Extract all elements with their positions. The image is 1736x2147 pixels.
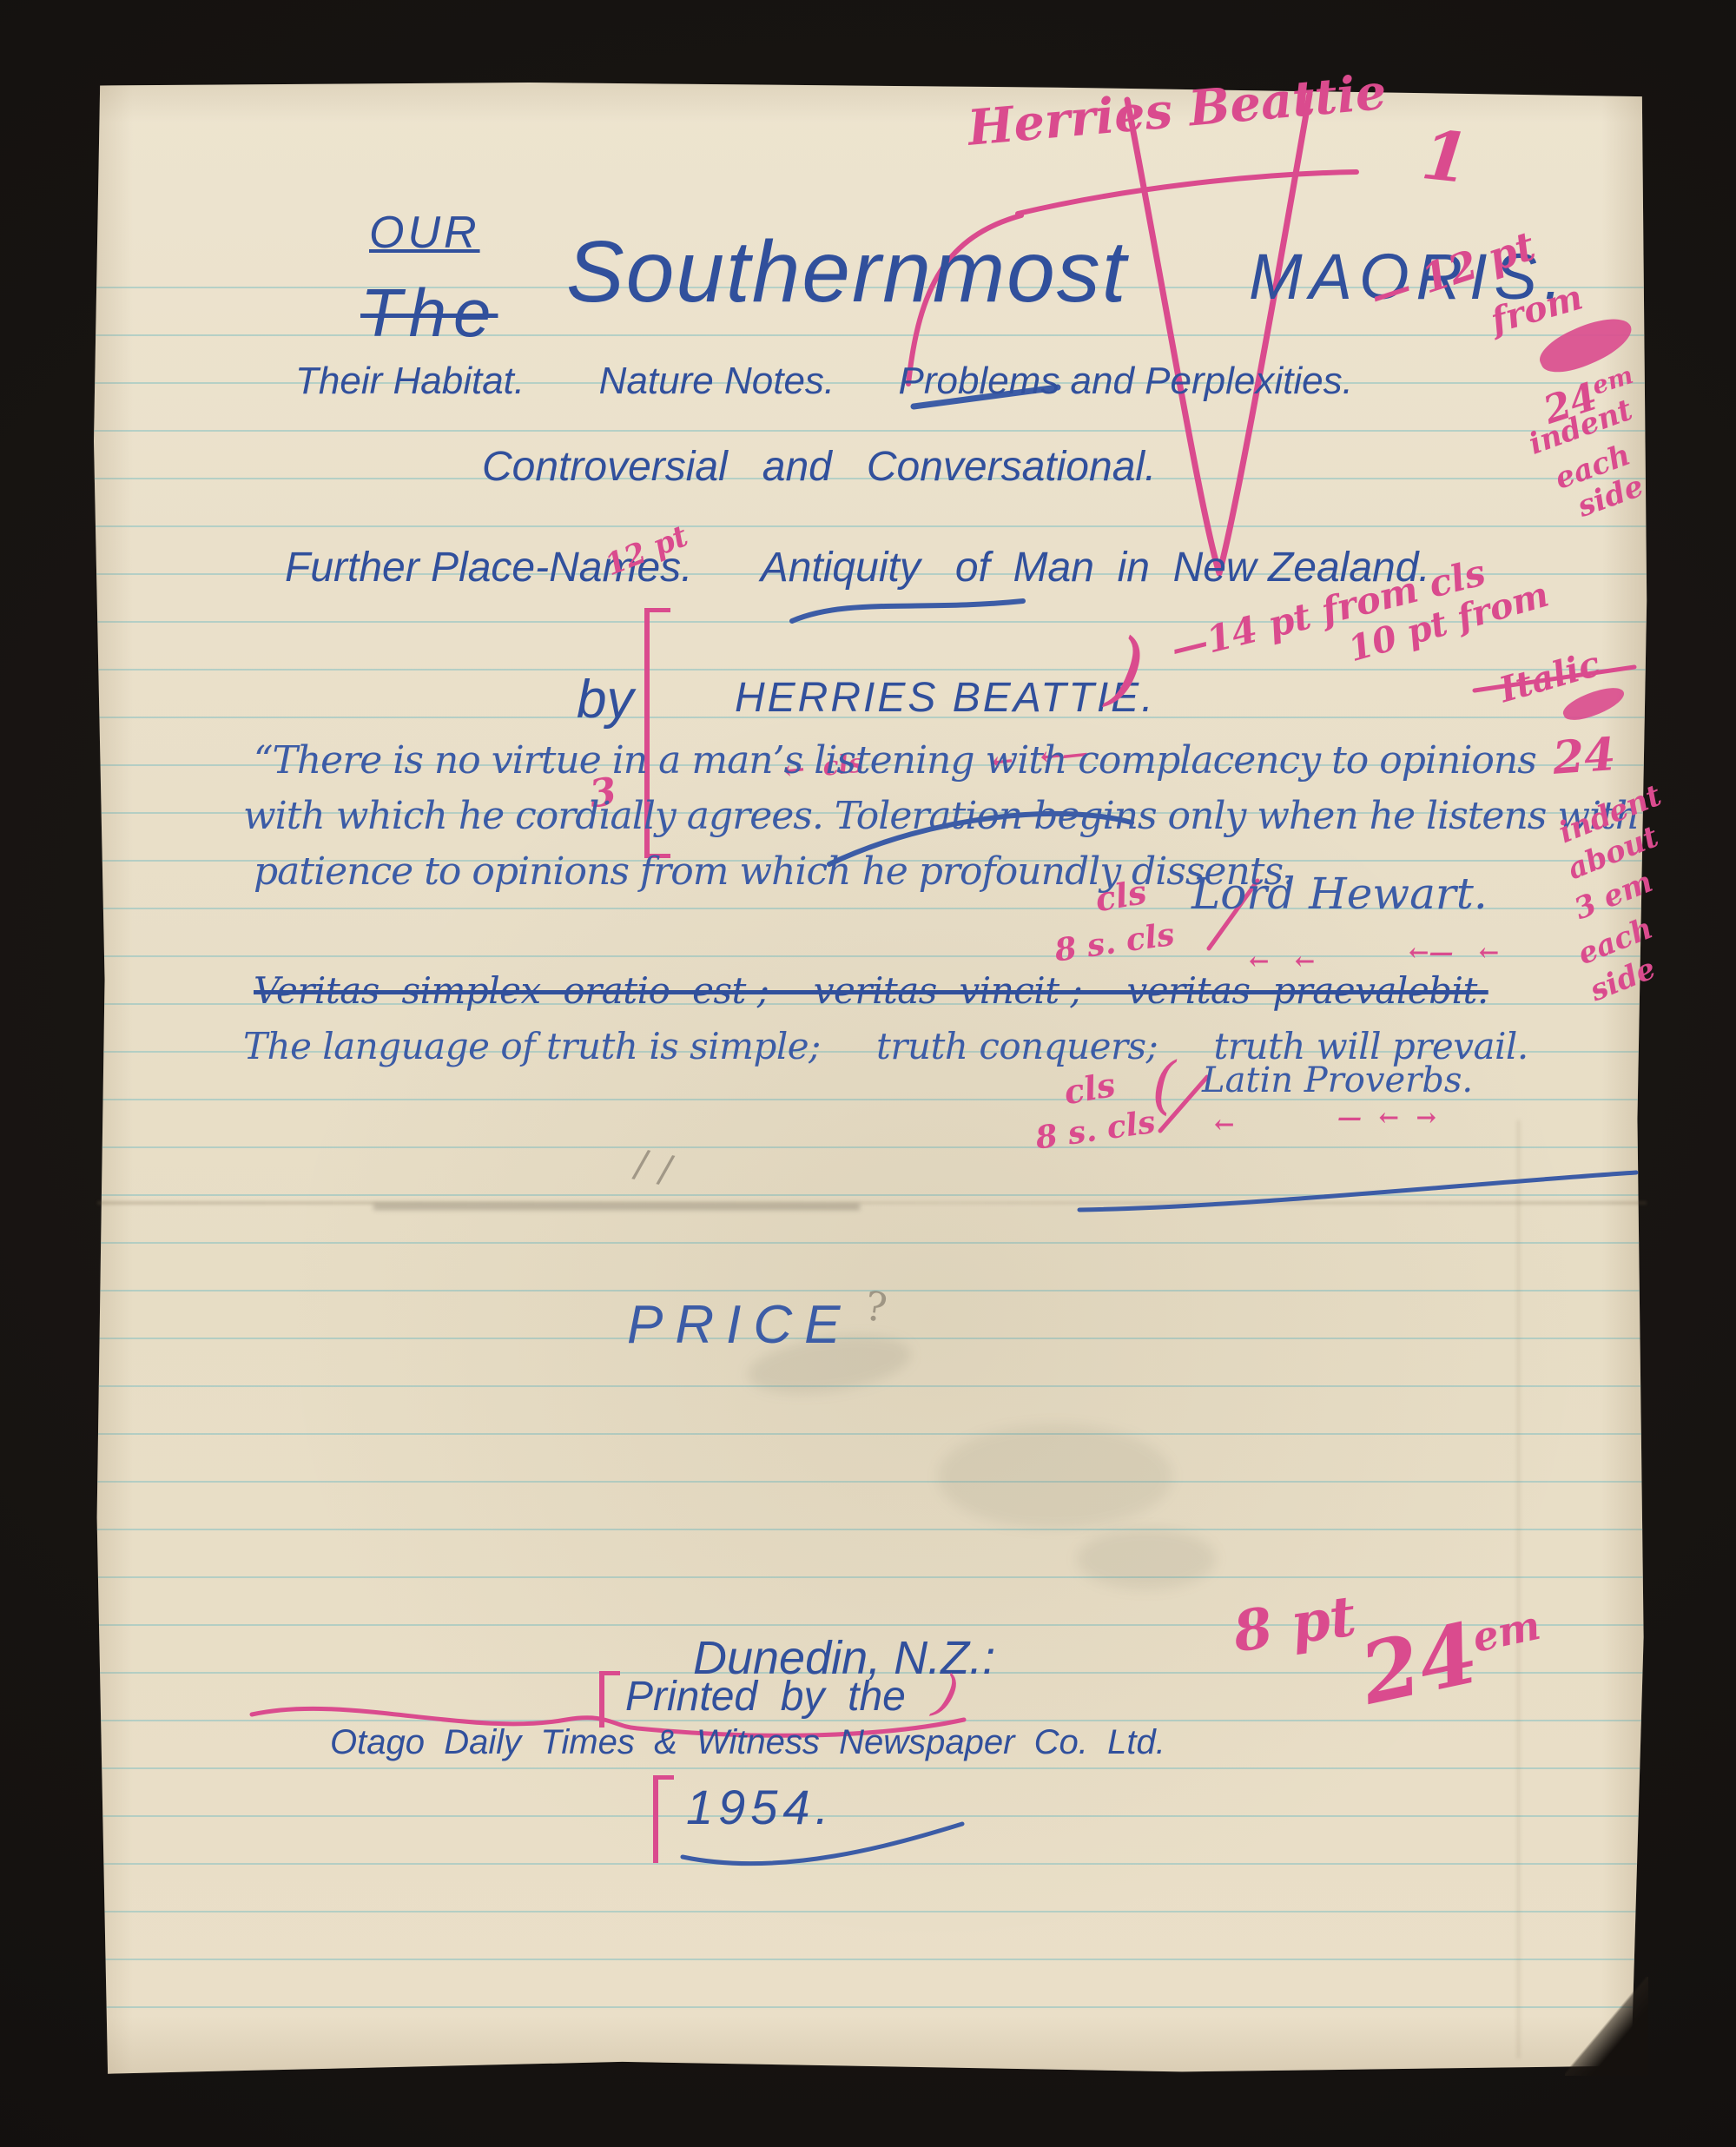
ink-strokes <box>0 0 1736 2147</box>
mark-cls-quote: cls <box>1092 874 1149 918</box>
year-bracket <box>653 1775 674 1863</box>
mark-cls-proverbs: cls <box>1061 1067 1118 1111</box>
price-label: PRICE <box>627 1296 852 1355</box>
mark-under-attr-b: ←— ← <box>1409 940 1499 967</box>
quote-line-2: with which he cordially agrees. Tolerati… <box>243 796 1639 837</box>
imprint-year: 1954. <box>686 1780 834 1834</box>
latin-struck-line: Veritas simplex oratio est ; veritas vin… <box>254 971 1488 1011</box>
byline-wave-stroke <box>792 601 1023 621</box>
proverbs-attribution: Latin Proverbs. <box>1202 1061 1473 1100</box>
quote-line-1: “There is no virtue in a man’s listening… <box>254 740 1536 782</box>
printed-by-bracket <box>599 1671 620 1728</box>
pencil-slashes: ∕ ∕ <box>630 1143 677 1192</box>
imprint-company: Otago Daily Times & Witness Newspaper Co… <box>330 1723 1165 1761</box>
proverbs-open-paren: ( <box>1152 1051 1176 1120</box>
title-main: Southernmost <box>566 224 1128 320</box>
crease-swoosh-stroke <box>1079 1173 1636 1210</box>
byline-by: by <box>577 671 633 730</box>
photo-backdrop: Herries Beattie 1 OUR The Southernmost M… <box>0 0 1736 2147</box>
mark-under-proverbs-a: ← <box>1214 1112 1234 1139</box>
em-unit: em <box>1469 1602 1544 1661</box>
subtitle-line-1: Their Habitat. Nature Notes. Problems an… <box>295 360 1353 402</box>
signature-underline-stroke <box>1018 172 1356 214</box>
subtitle-line-3: Further Place-Names. Antiquity of Man in… <box>285 545 1430 591</box>
mark-24-column: 24 <box>1551 730 1617 783</box>
mark-under-proverbs-b: — ← → <box>1337 1105 1436 1132</box>
title-inserted-word: OUR <box>369 208 480 258</box>
page-number: 1 <box>1418 118 1473 197</box>
imprint-printed-by: Printed by the <box>625 1675 906 1721</box>
caret-v-stroke <box>1127 94 1310 573</box>
quote-attribution: Lord Hewart. <box>1191 870 1488 918</box>
byline-name: HERRIES BEATTIE. <box>735 676 1156 722</box>
title-struck-word: The <box>360 276 498 351</box>
subtitle-line-2: Controversial and Conversational. <box>482 445 1156 491</box>
